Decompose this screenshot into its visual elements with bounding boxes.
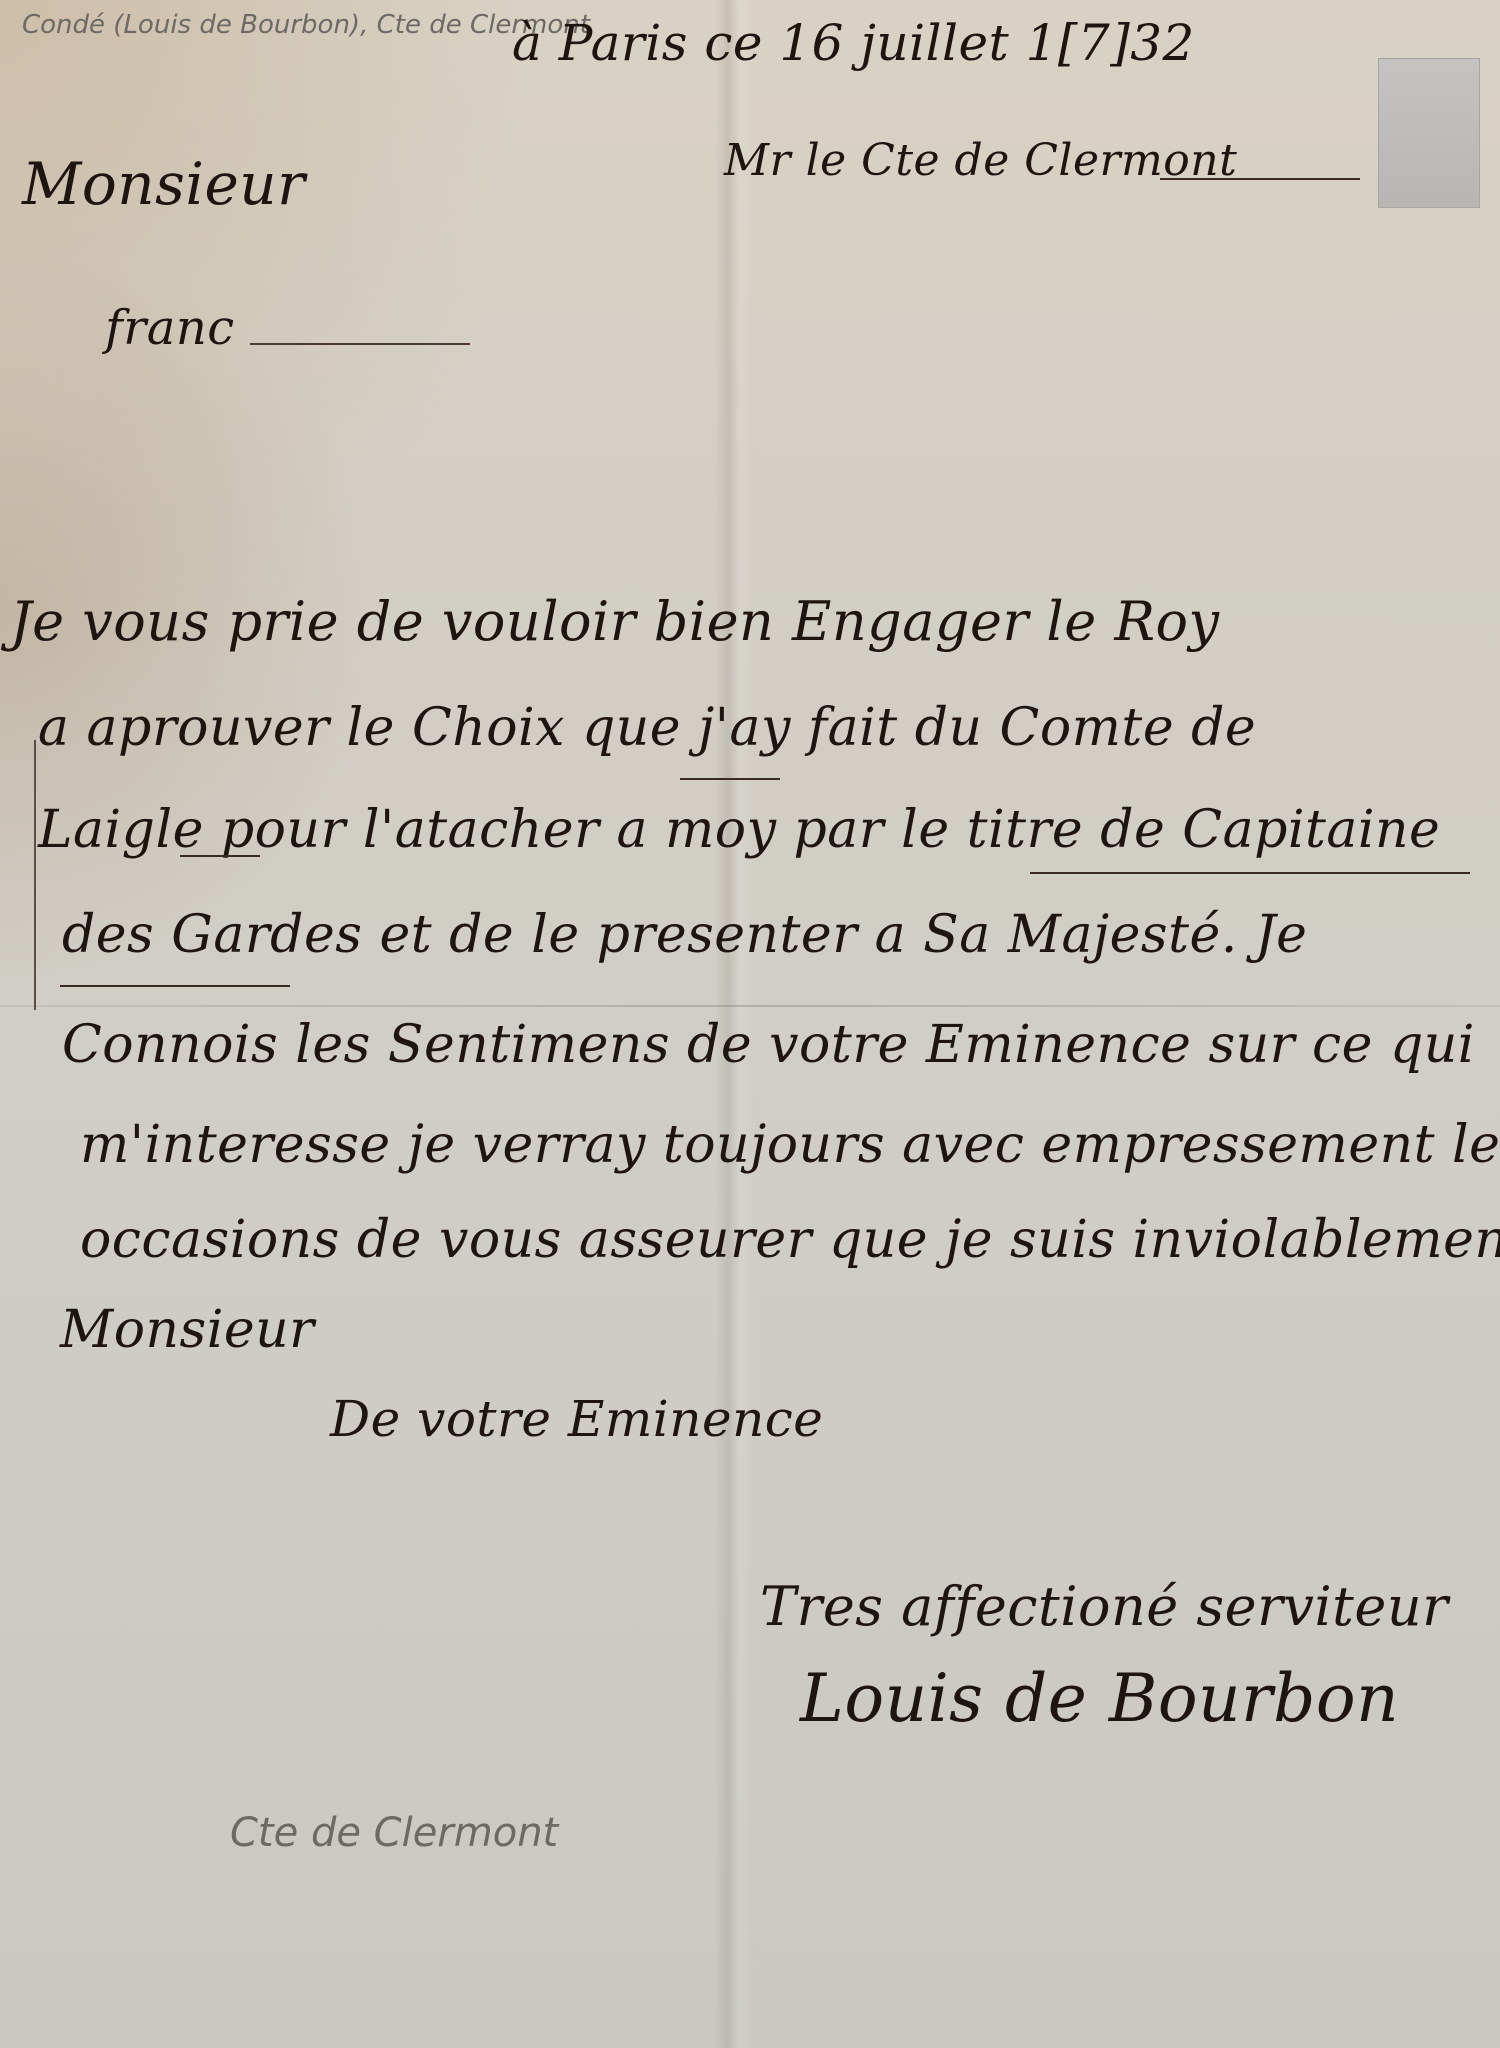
pencil-annotation-bottom: Cte de Clermont (230, 1810, 558, 1856)
salutation: Monsieur (22, 150, 305, 218)
dateline: à Paris ce 16 juillet 1[7]32 (512, 14, 1195, 72)
pencil-annotation-top: Condé (Louis de Bourbon), Cte de Clermon… (22, 10, 590, 40)
fold-crease (0, 1005, 1500, 1007)
body-line-5: Connois les Sentimens de votre Eminence … (62, 1015, 1475, 1075)
address-flourish (1160, 178, 1360, 180)
body-line-7: occasions de vous asseurer que je suis i… (80, 1210, 1500, 1270)
body-line-8: Monsieur (60, 1300, 314, 1360)
closing-address: De votre Eminence (330, 1390, 823, 1448)
body-line-3: Laigle pour l'atacher a moy par le titre… (38, 800, 1440, 860)
underline-laigle (180, 855, 260, 857)
underline-gardes (60, 985, 290, 987)
signature: Louis de Bourbon (800, 1660, 1399, 1737)
underline-titre-capitaine (1030, 872, 1470, 874)
underline-comte (680, 778, 780, 780)
note-left: franc (105, 300, 235, 356)
body-line-1: Je vous prie de vouloir bien Engager le … (10, 590, 1220, 653)
body-line-2: a aprouver le Choix que j'ay fait du Com… (38, 698, 1256, 758)
note-flourish (250, 343, 470, 345)
letter-paper: Condé (Louis de Bourbon), Cte de Clermon… (0, 0, 1500, 2048)
body-line-4: des Gardes et de le presenter a Sa Majes… (62, 905, 1307, 965)
closing: Tres affectioné serviteur (760, 1575, 1448, 1638)
paper-tab (1378, 58, 1480, 208)
margin-mark (34, 740, 36, 1010)
body-line-6: m'interesse je verray toujours avec empr… (80, 1115, 1500, 1175)
